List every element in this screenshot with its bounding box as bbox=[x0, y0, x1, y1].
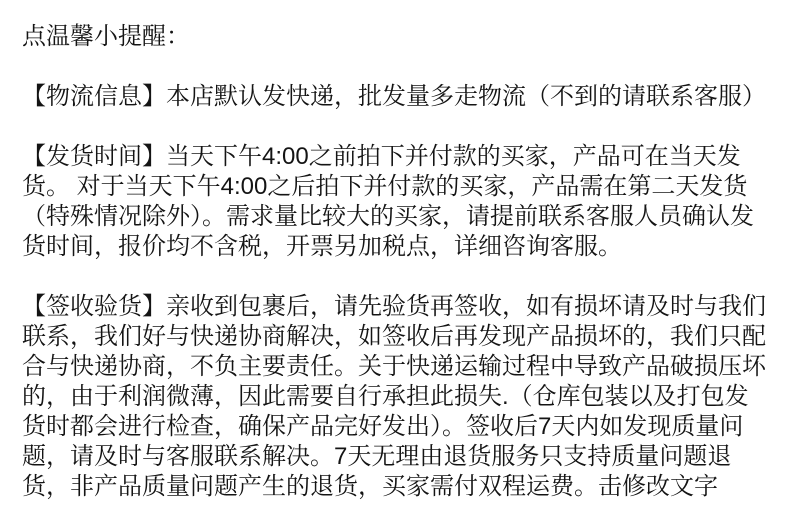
product-notice-text: 点温馨小提醒： 【物流信息】本店默认发快递，批发量多走物流（不到的请联系客服） … bbox=[0, 0, 790, 520]
paragraph-receipt-inspection: 【签收验货】亲收到包裹后，请先验货再签收，如有损坏请及时与我们联系，我们好与快递… bbox=[22, 292, 772, 502]
paragraph-logistics-info: 【物流信息】本店默认发快递，批发量多走物流（不到的请联系客服） bbox=[22, 82, 772, 112]
paragraph-shipping-time: 【发货时间】当天下午4:00之前拍下并付款的买家，产品可在当天发货。 对于当天下… bbox=[22, 142, 772, 262]
notice-title: 点温馨小提醒： bbox=[22, 22, 772, 52]
